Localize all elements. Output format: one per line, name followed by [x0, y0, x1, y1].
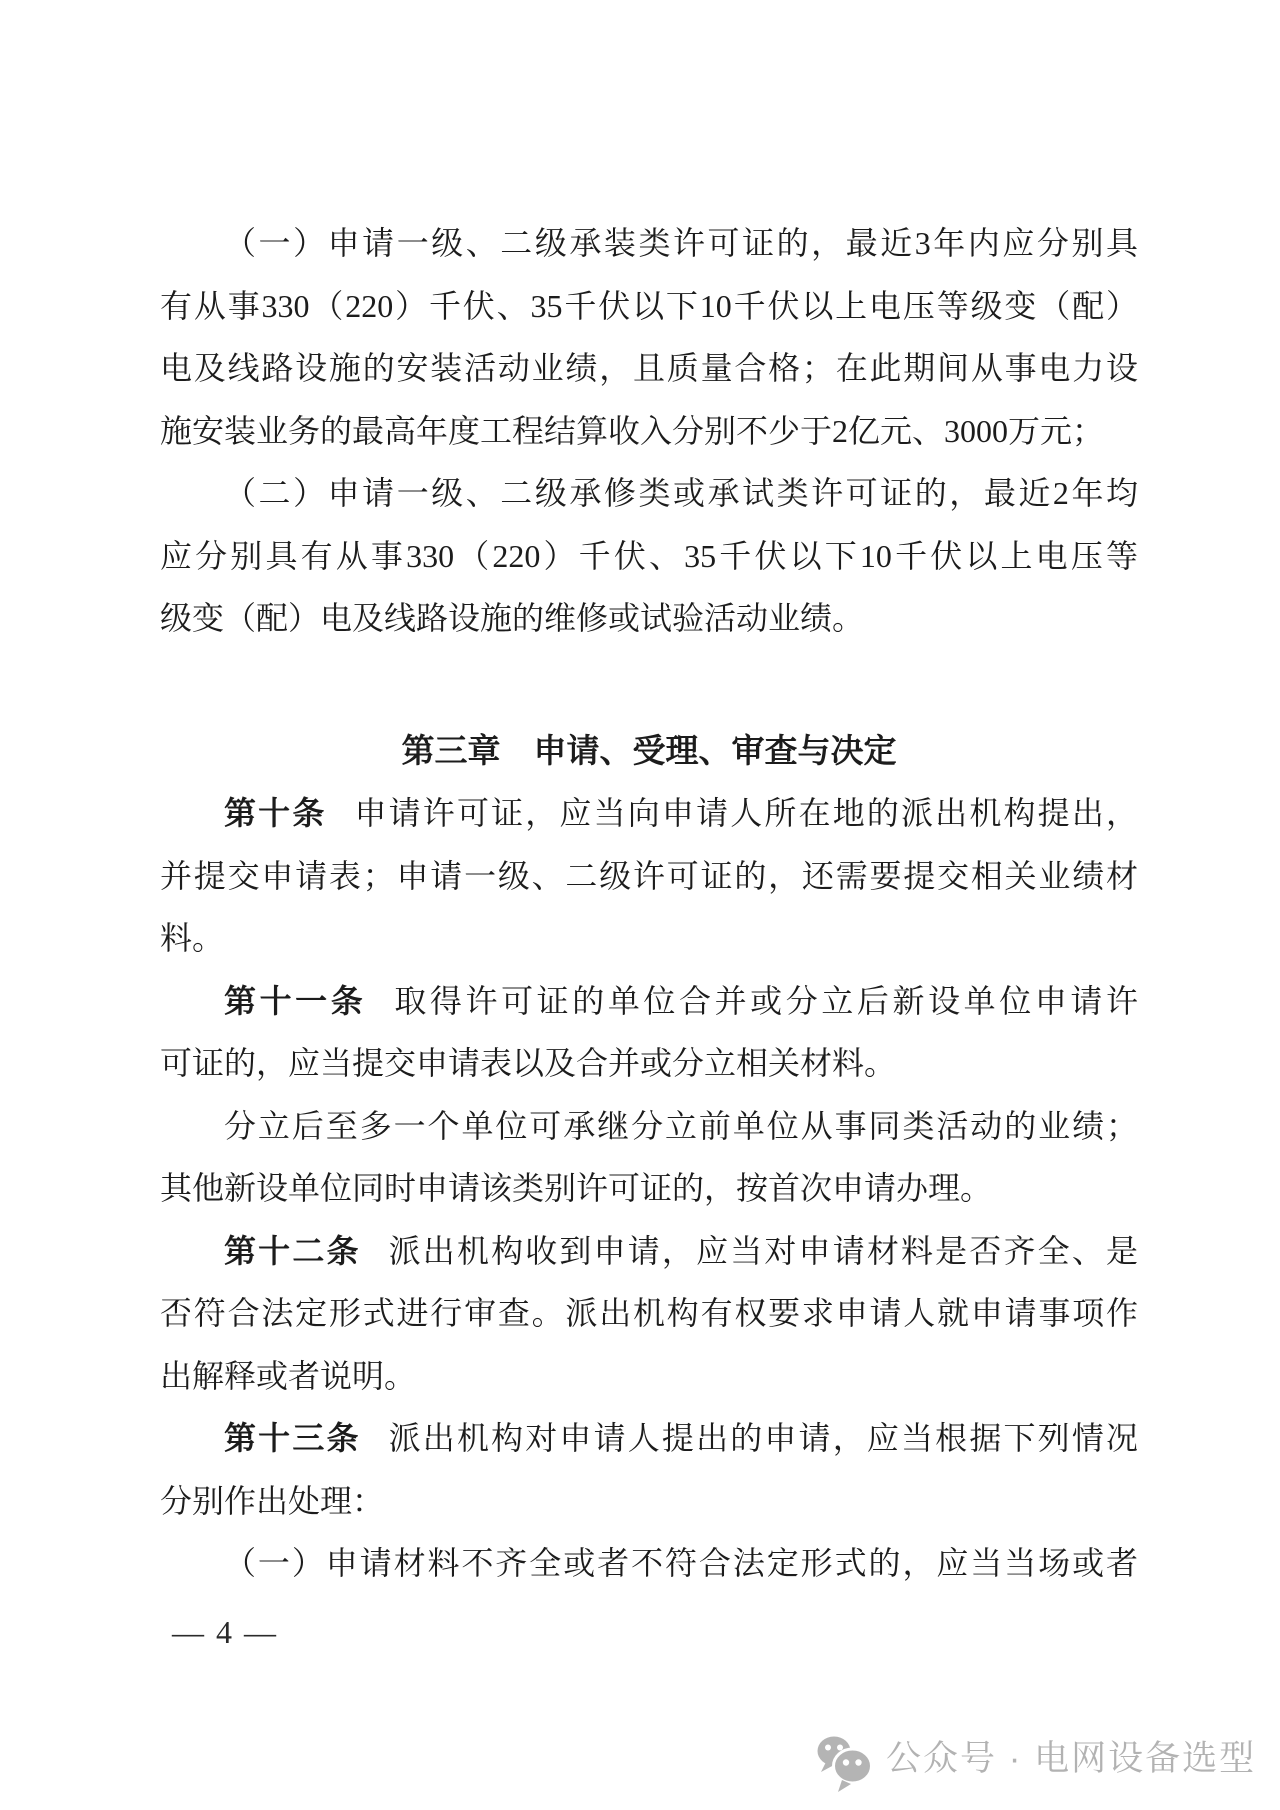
article-number: 第十三条: [224, 1420, 361, 1456]
text-line: 料。: [160, 907, 1138, 970]
text-line: （一）申请材料不齐全或者不符合法定形式的，应当当场或者: [160, 1532, 1138, 1595]
text-line: 电及线路设施的安装活动业绩，且质量合格；在此期间从事电力设: [160, 337, 1138, 400]
text-line: 分立后至多一个单位可承继分立前单位从事同类活动的业绩；: [160, 1095, 1138, 1158]
text-line: 并提交申请表；申请一级、二级许可证的，还需要提交相关业绩材: [160, 845, 1138, 908]
article-number: 第十条: [224, 795, 326, 831]
text-line: 施安装业务的最高年度工程结算收入分别不少于2亿元、3000万元；: [160, 400, 1138, 463]
wechat-icon: [816, 1735, 874, 1797]
chapter-heading: 第三章 申请、受理、审查与决定: [160, 720, 1138, 783]
watermark-label: 公众号 · 电网设备选型: [886, 1735, 1256, 1783]
text-line: 分别作出处理：: [160, 1470, 1138, 1533]
text-line: 有从事330（220）千伏、35千伏以下10千伏以上电压等级变（配）: [160, 275, 1138, 338]
article-number: 第十一条: [224, 983, 366, 1019]
text-line: 级变（配）电及线路设施的维修或试验活动业绩。: [160, 587, 1138, 650]
text-line: 否符合法定形式进行审查。派出机构有权要求申请人就申请事项作: [160, 1282, 1138, 1345]
text-line: 第十二条派出机构收到申请，应当对申请材料是否齐全、是: [160, 1220, 1138, 1283]
text-line: 第十一条取得许可证的单位合并或分立后新设单位申请许: [160, 970, 1138, 1033]
text-line: （二）申请一级、二级承修类或承试类许可证的，最近2年均: [160, 462, 1138, 525]
text-line: 应分别具有从事330（220）千伏、35千伏以下10千伏以上电压等: [160, 525, 1138, 588]
text-line: 第十三条派出机构对申请人提出的申请，应当根据下列情况: [160, 1407, 1138, 1470]
text-line: 可证的，应当提交申请表以及合并或分立相关材料。: [160, 1032, 1138, 1095]
page-number: — 4 —: [172, 1612, 278, 1652]
article-number: 第十二条: [224, 1233, 361, 1269]
document-body: （一）申请一级、二级承装类许可证的，最近3年内应分别具有从事330（220）千伏…: [160, 212, 1138, 1595]
text-line: 出解释或者说明。: [160, 1345, 1138, 1408]
text-line: 第十条申请许可证，应当向申请人所在地的派出机构提出，: [160, 782, 1138, 845]
document-page: { "page": { "number": "— 4 —" }, "waterm…: [0, 0, 1280, 1810]
wechat-watermark: 公众号 · 电网设备选型: [816, 1735, 1256, 1797]
text-line: （一）申请一级、二级承装类许可证的，最近3年内应分别具: [160, 212, 1138, 275]
text-line: 其他新设单位同时申请该类别许可证的，按首次申请办理。: [160, 1157, 1138, 1220]
